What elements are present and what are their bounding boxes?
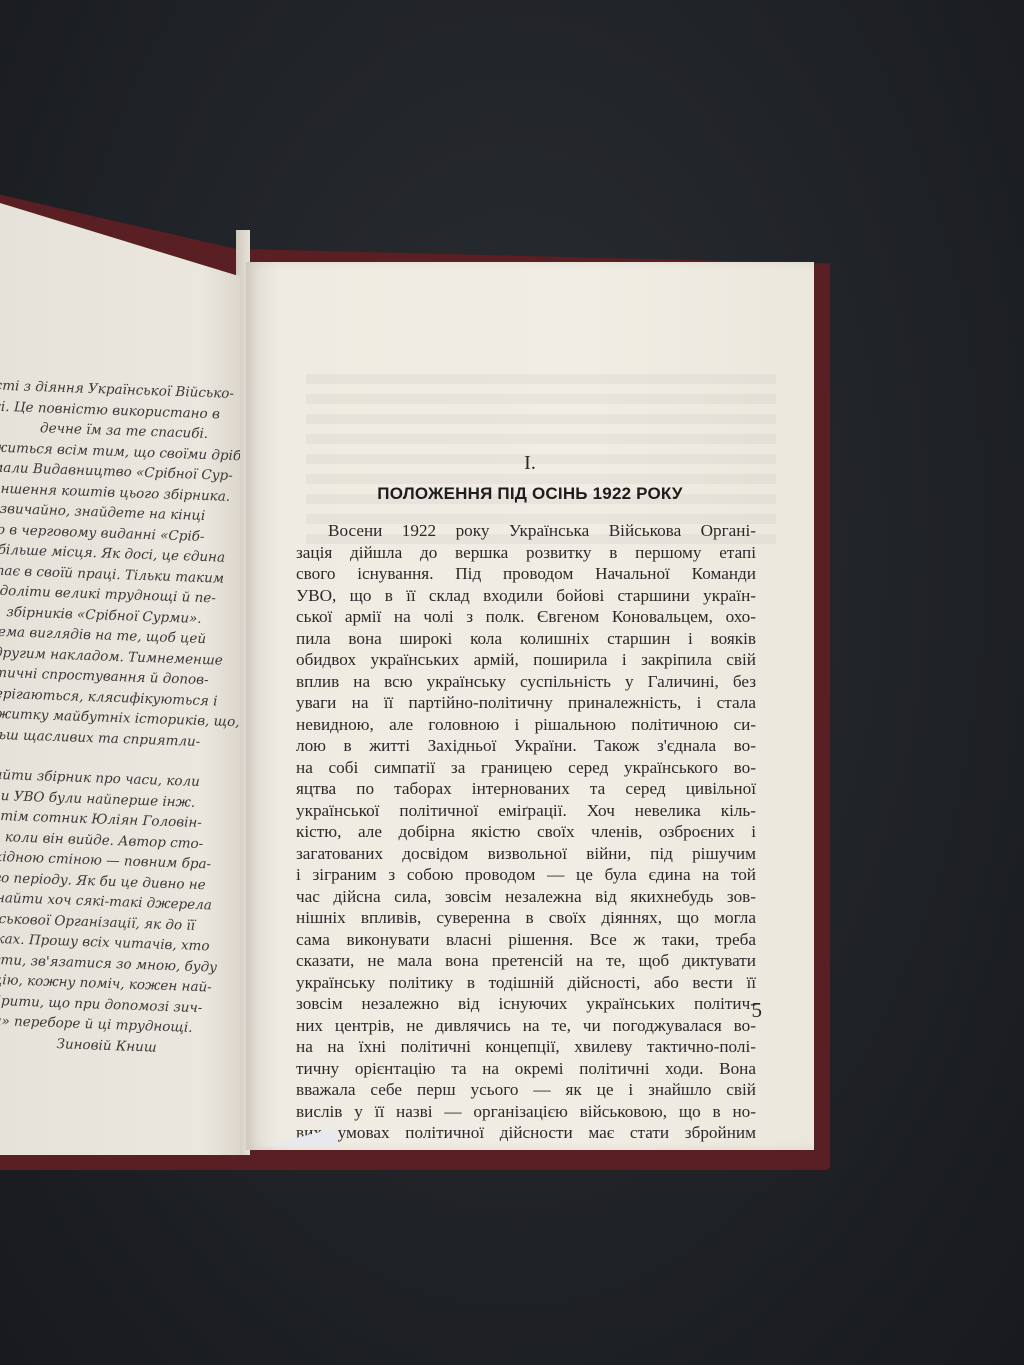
text-line: на собі симпатії за границею серед украї…: [296, 757, 756, 779]
text-line: свого існування. Під проводом Начальної …: [296, 563, 756, 585]
text-line: уваги на її партійно-політичну приналежн…: [296, 692, 756, 714]
text-line: ської армії на чолі з полк. Євгеном Коно…: [296, 606, 756, 628]
text-line: пила вона широкі кола колишніх старшин і…: [296, 628, 756, 650]
text-line: вих умовах політичної дійсности має стат…: [296, 1122, 756, 1144]
text-line: українську політику в тодішній дійсності…: [296, 972, 756, 994]
text-line: на на їхні політичні концепції, хвилеву …: [296, 1036, 756, 1058]
chapter-body-text: Восени 1922 року Українська Військова Ор…: [296, 520, 756, 1144]
text-line: невидною, але головною і рішальною політ…: [296, 714, 756, 736]
text-line: обидвох українських армій, поширила і за…: [296, 649, 756, 671]
left-page: ності з діяння Української Військо-часі.…: [0, 200, 240, 1155]
page-number: 5: [752, 998, 763, 1023]
text-line: вважала себе перш усього — як це і знайш…: [296, 1079, 756, 1101]
text-line: зація дійшла до вершка розвитку в першом…: [296, 542, 756, 564]
text-line: тичну орієнтацію та на окремі політичні …: [296, 1058, 756, 1080]
text-line: і зіграним з собою проводом — це була єд…: [296, 864, 756, 886]
text-line: сама виконувати власні рішення. Все ж та…: [296, 929, 756, 951]
text-line: нішніх впливів, суверенна в своїх діяння…: [296, 907, 756, 929]
text-line: Восени 1922 року Українська Військова Ор…: [296, 520, 756, 542]
chapter-title: ПОЛОЖЕННЯ ПІД ОСІНЬ 1922 РОКУ: [246, 484, 814, 504]
chapter-number: I.: [246, 452, 814, 475]
text-line: УВО, що в її склад входили бойові старши…: [296, 585, 756, 607]
text-line: них центрів, не дивлячись на те, чи пого…: [296, 1015, 756, 1037]
text-line: вислів у її назві — організацією військо…: [296, 1101, 756, 1123]
text-line: лою в житті Західньої України. Також з'є…: [296, 735, 756, 757]
text-line: яцтва по таборах інтернованих та серед ц…: [296, 778, 756, 800]
text-line: сказати, не мала вона претенсій на те, щ…: [296, 950, 756, 972]
text-line: вплив на всю українську суспільність у Г…: [296, 671, 756, 693]
text-line: української політичної еміґрації. Хоч не…: [296, 800, 756, 822]
text-line: загатованих досвідом визвольної війни, п…: [296, 843, 756, 865]
right-page: I. ПОЛОЖЕННЯ ПІД ОСІНЬ 1922 РОКУ Восени …: [246, 262, 814, 1150]
text-line: час дійсна сила, зовсім незалежна від як…: [296, 886, 756, 908]
left-page-text: ності з діяння Української Військо-часі.…: [0, 375, 210, 1059]
text-line: зовсім незалежно від існуючих українськи…: [296, 993, 756, 1015]
text-line: кістю, але добірна якістю своїх членів, …: [296, 821, 756, 843]
